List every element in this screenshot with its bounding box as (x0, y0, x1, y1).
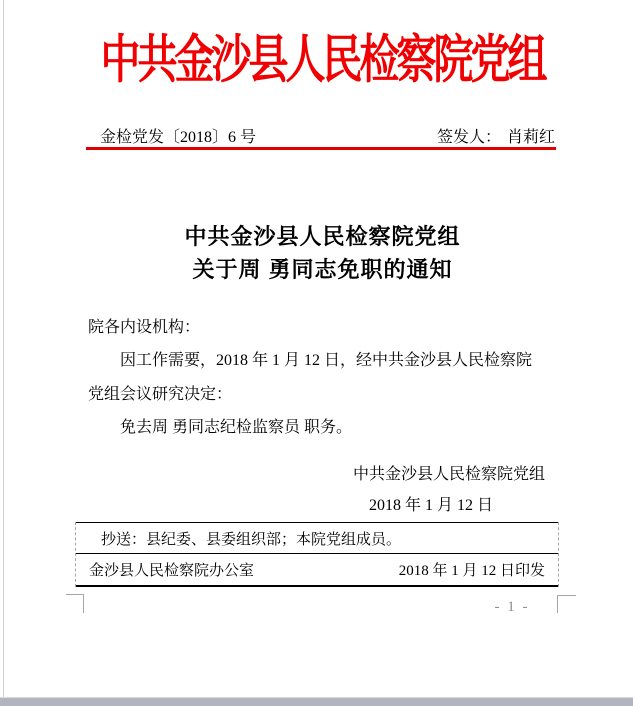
body-paragraph1-line2: 党组会议研究决定： (88, 378, 558, 411)
body-salutation: 院各内设机构： (88, 311, 558, 344)
issuer-name: 肖莉红 (507, 129, 555, 146)
page-number: - 1 - (480, 599, 544, 616)
footer-cc-text: 抄送：县纪委、县委组织部；本院党组成员。 (101, 528, 401, 549)
issuer: 签发人：肖莉红 (437, 128, 555, 147)
footer-cc-row: 抄送：县纪委、县委组织部；本院党组成员。 (76, 522, 558, 554)
document-number: 金检党发〔2018〕6 号 (100, 128, 256, 147)
letterhead-org-title: 中共金沙县人民检察院党组 (88, 19, 557, 93)
footer-office-row: 金沙县人民检察院办公室 2018 年 1 月 12 日印发 (76, 554, 558, 587)
notice-title-line1: 中共金沙县人民检察院党组 (88, 220, 557, 253)
letterhead-red-rule (86, 147, 556, 150)
body-paragraph2: 免去周 勇同志纪检监察员 职务。 (88, 411, 558, 444)
notice-body: 院各内设机构： 因工作需要，2018 年 1 月 12 日，经中共金沙县人民检察… (88, 311, 558, 445)
footer-print-date: 2018 年 1 月 12 日印发 (399, 559, 545, 580)
margin-crop-mark-right (557, 595, 576, 613)
footer-issuing-office: 金沙县人民检察院办公室 (89, 559, 254, 580)
notice-title-line2: 关于周 勇同志免职的通知 (88, 253, 557, 286)
margin-crop-mark-left (66, 594, 84, 613)
horizontal-scrollbar[interactable] (0, 697, 633, 706)
signature-org: 中共金沙县人民检察院党组 (88, 459, 557, 490)
signature-date: 2018 年 1 月 12 日 (88, 490, 557, 521)
document-window: 中共金沙县人民检察院党组 金检党发〔2018〕6 号 签发人：肖莉红 中共金沙县… (0, 0, 633, 706)
notice-title: 中共金沙县人民检察院党组 关于周 勇同志免职的通知 (88, 220, 557, 286)
issuer-label: 签发人： (437, 129, 501, 146)
body-paragraph1-line1: 因工作需要，2018 年 1 月 12 日，经中共金沙县人民检察院 (88, 344, 558, 377)
footer-table: 抄送：县纪委、县委组织部；本院党组成员。 金沙县人民检察院办公室 2018 年 … (75, 522, 559, 587)
window-left-edge (3, 0, 4, 706)
signature-block: 中共金沙县人民检察院党组 2018 年 1 月 12 日 (88, 459, 557, 521)
